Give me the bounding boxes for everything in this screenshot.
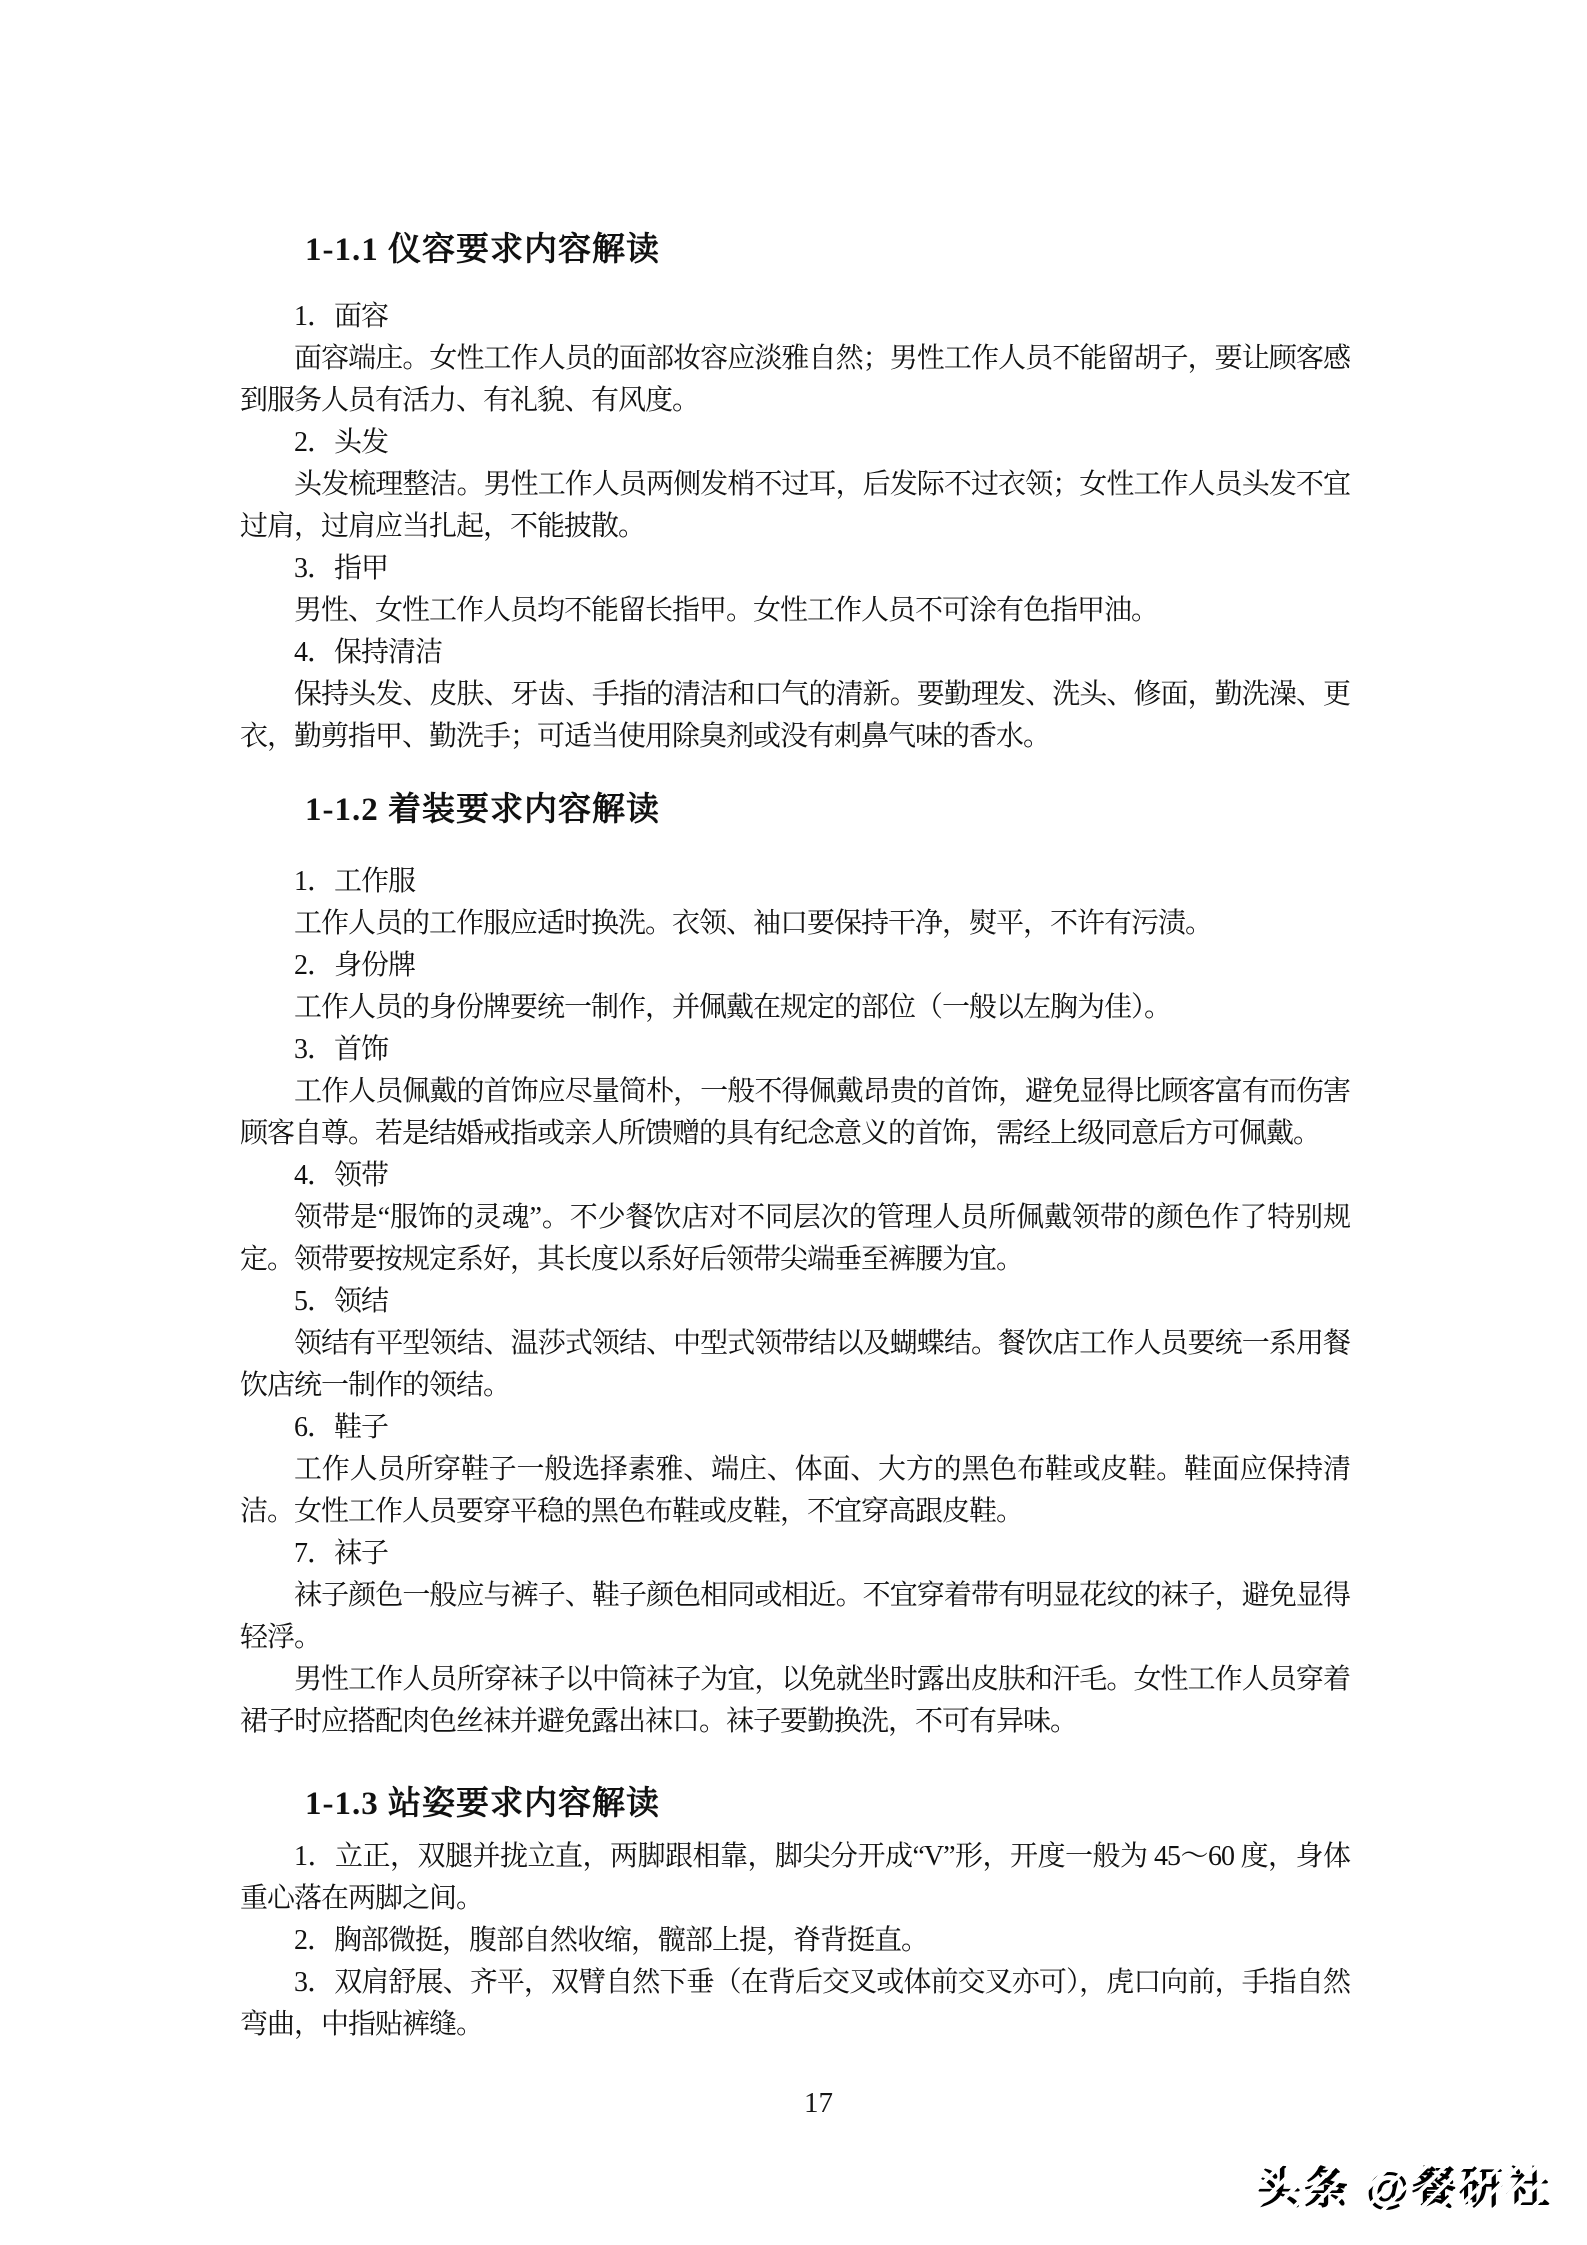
item-heading: 3．指甲 <box>240 548 1350 590</box>
paragraph: 3．双肩舒展、齐平，双臂自然下垂（在背后交叉或体前交叉亦可），虎口向前，手指自然… <box>240 1962 1350 2046</box>
paragraph: 2．胸部微挺，腹部自然收缩，髋部上提，脊背挺直。 <box>240 1920 1350 1962</box>
item-heading: 2．身份牌 <box>240 945 1350 987</box>
section-standing-posture-requirements: 1-1.3 站姿要求内容解读 1．立正，双腿并拢立直，两脚跟相靠，脚尖分开成“V… <box>240 1782 1350 2046</box>
item-heading: 7．袜子 <box>240 1533 1350 1575</box>
paragraph: 保持头发、皮肤、牙齿、手指的清洁和口气的清新。要勤理发、洗头、修面，勤洗澡、更衣… <box>240 674 1350 758</box>
paragraph: 工作人员的工作服应适时换洗。衣领、袖口要保持干净，熨平，不许有污渍。 <box>240 903 1350 945</box>
document-page: 1-1.1 仪容要求内容解读 1．面容 面容端庄。女性工作人员的面部妆容应淡雅自… <box>0 0 1587 2245</box>
item-heading: 3．首饰 <box>240 1029 1350 1071</box>
section-heading-1-1-2: 1-1.2 着装要求内容解读 <box>305 788 1350 832</box>
watermark-text: 头条 @餐研社 <box>1257 2164 1553 2213</box>
paragraph: 1．立正，双腿并拢立直，两脚跟相靠，脚尖分开成“V”形，开度一般为 45～60 … <box>240 1836 1350 1920</box>
paragraph: 袜子颜色一般应与裤子、鞋子颜色相同或相近。不宜穿着带有明显花纹的袜子，避免显得轻… <box>240 1575 1350 1659</box>
item-heading: 2．头发 <box>240 422 1350 464</box>
paragraph: 领带是“服饰的灵魂”。不少餐饮店对不同层次的管理人员所佩戴领带的颜色作了特别规定… <box>240 1197 1350 1281</box>
watermark: 头条 @餐研社 <box>1257 2163 1553 2215</box>
item-heading: 4．领带 <box>240 1155 1350 1197</box>
paragraph: 工作人员所穿鞋子一般选择素雅、端庄、体面、大方的黑色布鞋或皮鞋。鞋面应保持清洁。… <box>240 1449 1350 1533</box>
item-heading: 5．领结 <box>240 1281 1350 1323</box>
document-content: 1-1.1 仪容要求内容解读 1．面容 面容端庄。女性工作人员的面部妆容应淡雅自… <box>240 228 1350 2046</box>
section-grooming-requirements: 1-1.1 仪容要求内容解读 1．面容 面容端庄。女性工作人员的面部妆容应淡雅自… <box>240 228 1350 758</box>
paragraph: 男性工作人员所穿袜子以中筒袜子为宜，以免就坐时露出皮肤和汗毛。女性工作人员穿着裙… <box>240 1659 1350 1743</box>
section-heading-1-1-3: 1-1.3 站姿要求内容解读 <box>305 1782 1350 1826</box>
paragraph: 领结有平型领结、温莎式领结、中型式领带结以及蝴蝶结。餐饮店工作人员要统一系用餐饮… <box>240 1323 1350 1407</box>
paragraph: 工作人员的身份牌要统一制作，并佩戴在规定的部位（一般以左胸为佳）。 <box>240 987 1350 1029</box>
paragraph: 面容端庄。女性工作人员的面部妆容应淡雅自然；男性工作人员不能留胡子，要让顾客感到… <box>240 338 1350 422</box>
section-heading-1-1-1: 1-1.1 仪容要求内容解读 <box>305 228 1350 272</box>
item-heading: 1．工作服 <box>240 861 1350 903</box>
item-heading: 4．保持清洁 <box>240 632 1350 674</box>
section-dress-requirements: 1-1.2 着装要求内容解读 1．工作服 工作人员的工作服应适时换洗。衣领、袖口… <box>240 788 1350 1743</box>
paragraph: 男性、女性工作人员均不能留长指甲。女性工作人员不可涂有色指甲油。 <box>240 590 1350 632</box>
page-number: 17 <box>0 2082 1587 2124</box>
item-heading: 6．鞋子 <box>240 1407 1350 1449</box>
paragraph: 头发梳理整洁。男性工作人员两侧发梢不过耳，后发际不过衣领；女性工作人员头发不宜过… <box>240 464 1350 548</box>
paragraph: 工作人员佩戴的首饰应尽量简朴，一般不得佩戴昂贵的首饰，避免显得比顾客富有而伤害顾… <box>240 1071 1350 1155</box>
item-heading: 1．面容 <box>240 296 1350 338</box>
